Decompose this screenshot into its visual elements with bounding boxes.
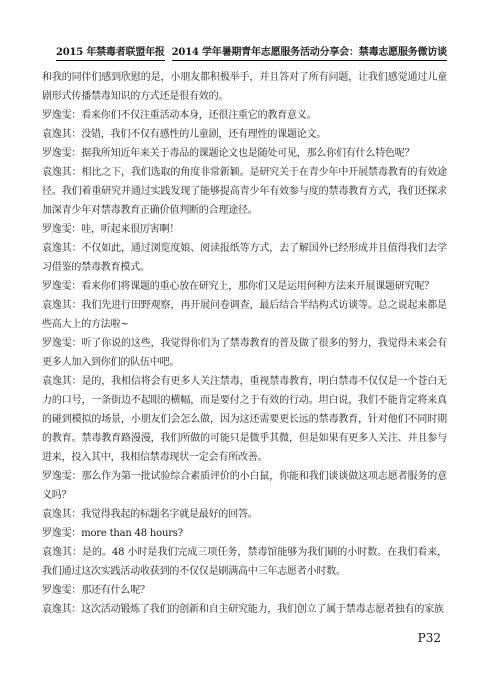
- paragraph: 罗逸雯：more than 48 hours?: [42, 524, 447, 543]
- page-header: 2015 年禁毒者联盟年报 2014 学年暑期青年志愿服务活动分享会：禁毒志愿服…: [56, 46, 447, 61]
- paragraph: 袁逸其：相比之下，我们选取的角度非常新颖。是研究关于在青少年中开展禁毒教育的有效…: [42, 163, 447, 220]
- document-page: 2015 年禁毒者联盟年报 2014 学年暑期青年志愿服务活动分享会：禁毒志愿服…: [0, 0, 480, 678]
- paragraph: 袁逸其：没错，我们不仅有感性的儿童剧，还有理性的课题论文。: [42, 125, 447, 144]
- page-number: P32: [418, 631, 441, 645]
- document-body: 和我的同伴们感到欣慰的是，小朋友都积极举手，并且答对了所有问题，让我们感觉通过儿…: [42, 68, 447, 619]
- paragraph: 罗逸雯：那么作为第一批试验综合素质评价的小白鼠，你能和我们谈谈做这项志愿者服务的…: [42, 467, 447, 505]
- paragraph: 袁逸其：不仅如此，通过浏览度娘、阅读报纸等方式，去了解国外已经形成并且值得我们去…: [42, 239, 447, 277]
- paragraph: 袁逸其：是的。48 小时是我们完成三项任务，禁毒馆能够为我们刷的小时数。在我们看…: [42, 543, 447, 581]
- paragraph: 罗逸雯：看来你们不仅注重活动本身，还很注重它的教育意义。: [42, 106, 447, 125]
- header-article-title: 2014 学年暑期青年志愿服务活动分享会：禁毒志愿服务微访谈: [172, 46, 447, 61]
- paragraph: 罗逸雯：那还有什么呢？: [42, 581, 447, 600]
- paragraph: 和我的同伴们感到欣慰的是，小朋友都积极举手，并且答对了所有问题，让我们感觉通过儿…: [42, 68, 447, 106]
- header-annual-report-title: 2015 年禁毒者联盟年报: [56, 46, 165, 61]
- paragraph: 袁逸其：是的，我相信将会有更多人关注禁毒，重视禁毒教育，明白禁毒不仅仅是一个苍白…: [42, 372, 447, 467]
- paragraph: 罗逸雯：哇，听起来很厉害啊！: [42, 220, 447, 239]
- paragraph: 罗逸雯：据我所知近年来关于毒品的课题论文也是随处可见，那么你们有什么特色呢？: [42, 144, 447, 163]
- paragraph: 袁逸其：我们先进行田野观察，再开展问卷调查，最后结合半结构式访谈等。总之说起来都…: [42, 296, 447, 334]
- paragraph: 袁逸其：我觉得我起的标题名字就是最好的回答。: [42, 505, 447, 524]
- paragraph: 罗逸雯：看来你们将课题的重心放在研究上，那你们又是运用何种方法来开展课题研究呢？: [42, 277, 447, 296]
- paragraph: 袁逸其：这次活动锻炼了我们的创新和自主研究能力，我们创立了属于禁毒志愿者独有的家…: [42, 600, 447, 619]
- paragraph: 罗逸雯：听了你说的这些，我觉得你们为了禁毒教育的普及做了很多的努力，我觉得未来会…: [42, 334, 447, 372]
